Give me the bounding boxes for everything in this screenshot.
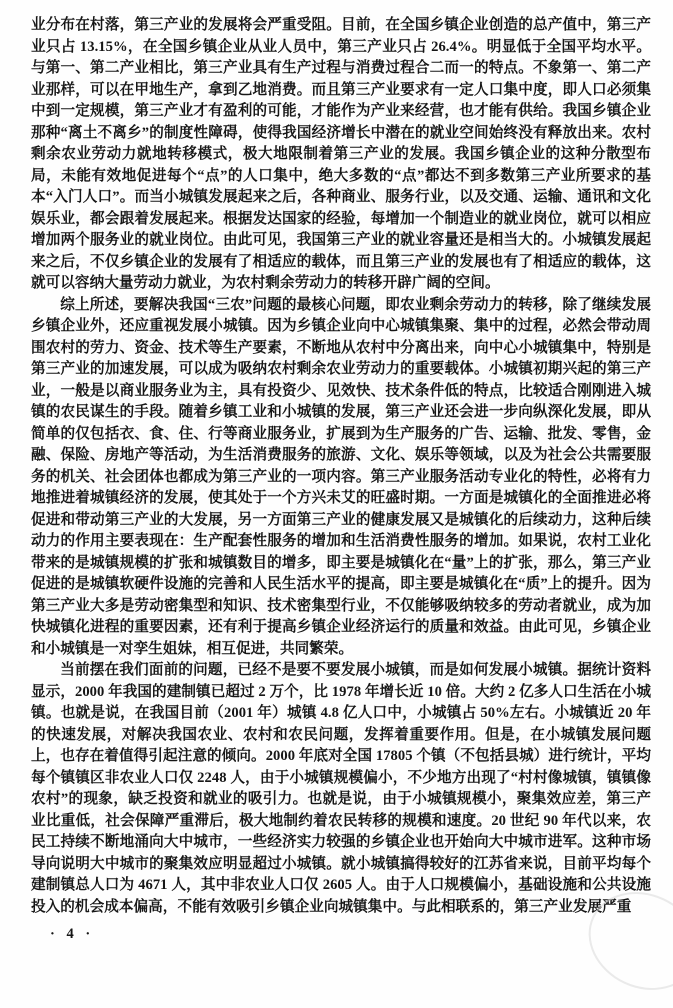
body-text: 业分布在村落，第三产业的发展将会严重受阻。目前，在全国乡镇企业创造的总产值中，第… <box>31 15 651 918</box>
scanned-book-page: 业分布在村落，第三产业的发展将会严重受阻。目前，在全国乡镇企业创造的总产值中，第… <box>0 0 673 954</box>
body-paragraph-1: 业分布在村落，第三产业的发展将会严重受阻。目前，在全国乡镇企业创造的总产值中，第… <box>31 15 651 295</box>
page-number-label: · 4 · <box>50 926 94 943</box>
body-paragraph-2: 综上所述，要解决我国“三农”问题的最核心问题，即农业剩余劳动力的转移，除了继续发… <box>31 295 651 661</box>
body-paragraph-3: 当前摆在我们面前的问题，已经不是要不要发展小城镇，而是如何发展小城镇。据统计资料… <box>31 660 651 918</box>
